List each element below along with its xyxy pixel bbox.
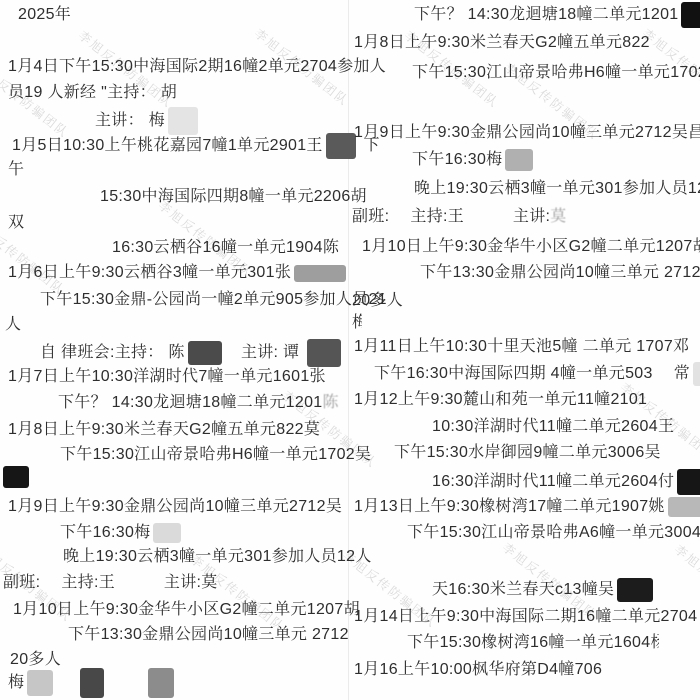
schedule-text: 15:30中海国际四期8幢一单元2206胡 — [100, 188, 367, 205]
redaction-box — [681, 2, 700, 28]
schedule-line: 双 — [8, 212, 24, 234]
schedule-text: 20多人 — [10, 651, 61, 668]
schedule-text: 1月5日10:30上午桃花嘉园7幢1单元2901王 — [12, 137, 323, 154]
redaction-box — [3, 466, 29, 488]
schedule-line: 下午16:30梅 — [412, 149, 536, 171]
schedule-line: 1月7日上午10:30洋湖时代7幢一单元1601张 — [8, 366, 326, 388]
redaction-box — [168, 107, 198, 135]
schedule-line: 1月16上午10:00枫华府第D4幢706 — [354, 659, 602, 681]
schedule-line: 2025年 — [18, 4, 71, 26]
schedule-line: 1月14日上午9:30中海国际二期16幢二单元2704 — [354, 606, 697, 628]
schedule-text-faint: 陈 — [322, 394, 338, 411]
schedule-text-clipped: 梅 — [352, 312, 362, 334]
redaction-box — [294, 265, 346, 282]
redaction-box — [505, 149, 533, 171]
schedule-text: 下午16:30梅 — [412, 151, 502, 168]
schedule-text: 梅 — [8, 674, 24, 691]
schedule-text: 1月8日上午9:30米兰春天G2幢五单元822 — [354, 34, 650, 51]
schedule-text: 16:30洋湖时代11幢二单元2604付 — [432, 473, 674, 490]
schedule-text: 下午16:30中海国际四期 4幢一单元503 常 — [374, 365, 690, 382]
schedule-column-left: 2025年1月4日下午15:30中海国际2期16幢2单元2704参加人员19 人… — [0, 0, 348, 700]
redaction-box — [693, 362, 700, 386]
schedule-line: 下午13:30金鼎公园尚10幢三单元 2712 — [420, 262, 700, 284]
schedule-line: 下午15:30水岸御园9幢二单元3006吴 — [394, 442, 661, 464]
redaction-box — [668, 497, 700, 517]
schedule-line: 天16:30米兰春天c13幢吴 — [432, 578, 656, 602]
schedule-text: 16:30云栖谷16幢一单元1904陈 — [112, 239, 339, 256]
schedule-line: 自 律班会:主持： 陈 主讲: 谭 — [40, 339, 344, 367]
schedule-text: 午 — [8, 161, 24, 178]
schedule-text: 1月16上午10:00枫华府第D4幢706 — [354, 661, 602, 678]
schedule-text: 下午15:30江山帝景哈弗H6幢一单元1702吴 — [412, 64, 700, 81]
schedule-text: 1月9日上午9:30金鼎公园尚10幢三单元2712吴 — [8, 498, 342, 515]
schedule-text: 1月7日上午10:30洋湖时代7幢一单元1601张 — [8, 368, 326, 385]
schedule-text: 1月6日上午9:30云栖谷3幢一单元301张 — [8, 264, 291, 281]
redaction-box — [617, 578, 653, 602]
schedule-line: 下午16:30中海国际四期 4幢一单元503 常 — [374, 362, 700, 386]
schedule-line: 1月4日下午15:30中海国际2期16幢2单元2704参加人 — [8, 56, 386, 78]
schedule-text — [56, 674, 77, 691]
schedule-line: 1月10日上午9:30金华牛小区G2幢二单元1207胡涛 — [362, 236, 700, 258]
schedule-line: 午 — [8, 159, 24, 181]
schedule-line: 1月9日上午9:30金鼎公园尚10幢三单元2712吴 — [8, 496, 342, 518]
schedule-text: 下午？ 14:30龙迴塘18幢二单元1201 — [414, 6, 678, 23]
document-photo: 李旭反传防骗团队李旭反传防骗团队李旭反传防骗团队李旭反传防骗团队李旭反传防骗团队… — [0, 0, 700, 700]
redaction-box — [307, 339, 341, 367]
schedule-line: 下午13:30金鼎公园尚10幢三单元 2712 — [68, 624, 349, 646]
schedule-line: 16:30洋湖时代11幢二单元2604付 — [432, 469, 700, 495]
redaction-box — [188, 341, 222, 365]
schedule-line: 15:30中海国际四期8幢一单元2206胡 — [100, 186, 367, 208]
schedule-line: 10:30洋湖时代11幢二单元2604王 — [432, 416, 674, 438]
schedule-text: 双 — [8, 214, 24, 231]
schedule-line: 1月13日上午9:30橡树湾17幢二单元1907姚 — [354, 496, 700, 518]
schedule-line: 下午15:30江山帝景哈弗A6幢一单元3004姚 — [407, 522, 700, 544]
schedule-line: 1月8日上午9:30米兰春天G2幢五单元822 — [354, 32, 650, 54]
schedule-text: 1月8日上午9:30米兰春天G2幢五单元822莫 — [8, 421, 320, 438]
schedule-text: 下午？ 14:30龙迴塘18幢二单元1201 — [58, 394, 322, 411]
schedule-text: 1月10日上午9:30金华牛小区G2幢二单元1207胡涛 — [362, 238, 700, 255]
schedule-line — [0, 466, 32, 488]
schedule-text: 1月10日上午9:30金华牛小区G2幢二单元1207胡 — [13, 601, 360, 618]
schedule-text: 1月13日上午9:30橡树湾17幢二单元1907姚 — [354, 498, 665, 515]
schedule-line: 员19 人新经 "主持： 胡 — [8, 82, 177, 104]
schedule-line: 1月5日10:30上午桃花嘉园7幢1单元2901王 下 — [12, 133, 380, 159]
schedule-text: 下午15:30江山帝景哈弗H6幢一单元1702吴 — [60, 446, 371, 463]
redaction-box — [27, 670, 53, 696]
schedule-text: 2025年 — [18, 6, 71, 23]
schedule-text: 主讲： 梅 — [95, 112, 165, 129]
schedule-line: 梅 — [352, 312, 362, 334]
schedule-text: 副班: 主持:王 主讲: — [352, 208, 550, 225]
schedule-line: 16:30云栖谷16幢一单元1904陈 — [112, 237, 339, 259]
schedule-text-faint: 莫 — [550, 208, 566, 225]
schedule-line: 下午15:30金鼎-公园尚一幢2单元905参加人员21 — [40, 289, 387, 311]
schedule-text: 晚上19:30云栖3幢一单元301参加人员12人 — [414, 180, 700, 197]
schedule-line: 副班: 主持:王 主讲:莫 — [352, 206, 567, 228]
schedule-text: 1月4日下午15:30中海国际2期16幢2单元2704参加人 — [8, 58, 386, 75]
schedule-text: 下午15:30水岸御园9幢二单元3006吴 — [394, 444, 661, 461]
schedule-text: 1月9日上午9:30金鼎公园尚10幢三单元2712吴昌云 — [354, 124, 700, 141]
schedule-line: 下午15:30江山帝景哈弗H6幢一单元1702吴 — [60, 444, 371, 466]
schedule-text: 副班: 主持:王 主讲:莫 — [3, 574, 218, 591]
schedule-text: 1月12上午9:30麓山和苑一单元11幢2101 — [354, 391, 647, 408]
schedule-text: 晚上19:30云栖3幢一单元301参加人员12人 — [63, 548, 372, 565]
schedule-line: 1月9日上午9:30金鼎公园尚10幢三单元2712吴昌云 — [354, 122, 700, 144]
schedule-text: 下午16:30梅 — [60, 524, 150, 541]
column-seam-divider — [348, 0, 349, 700]
schedule-text: 员19 人新经 "主持： 胡 — [8, 84, 177, 101]
schedule-line: 1月11日上午10:30十里天池5幢 二单元 1707邓 — [354, 336, 689, 358]
schedule-text: 10:30洋湖时代11幢二单元2604王 — [432, 418, 674, 435]
schedule-line: 下午16:30梅 — [60, 522, 184, 544]
schedule-line: 1月6日上午9:30云栖谷3幢一单元301张 — [8, 262, 349, 284]
schedule-line: 主讲： 梅 — [95, 107, 201, 135]
schedule-line: 晚上19:30云栖3幢一单元301参加人员12人 — [63, 546, 372, 568]
schedule-line: 1月12上午9:30麓山和苑一单元11幢2101 — [354, 389, 647, 411]
schedule-line: 下午15:30江山帝景哈弗H6幢一单元1702吴 — [412, 62, 700, 84]
schedule-text — [107, 674, 144, 691]
schedule-text: 主讲: 谭 — [225, 344, 304, 361]
schedule-line: 副班: 主持:王 主讲:莫 — [3, 572, 218, 594]
redaction-box — [677, 469, 700, 495]
schedule-text: 下午15:30江山帝景哈弗A6幢一单元3004 — [407, 524, 700, 541]
schedule-text: 人 — [5, 316, 21, 333]
schedule-text: 自 律班会:主持： 陈 — [40, 344, 185, 361]
schedule-column-right: 下午？ 14:30龙迴塘18幢二单元12011月8日上午9:30米兰春天G2幢五… — [352, 0, 700, 700]
schedule-text: 下午15:30橡树湾16幢一单元1604 — [407, 634, 650, 651]
schedule-text: 1月11日上午10:30十里天池5幢 二单元 1707邓 — [354, 338, 689, 355]
schedule-line: 20多人 — [352, 290, 403, 312]
redaction-box — [153, 523, 181, 543]
schedule-line: 人 — [5, 314, 21, 336]
schedule-line: 下午？ 14:30龙迴塘18幢二单元1201陈 — [58, 392, 339, 414]
schedule-line: 梅 — [8, 668, 177, 698]
schedule-line: 下午？ 14:30龙迴塘18幢二单元1201 — [414, 2, 700, 28]
schedule-text: 下午13:30金鼎公园尚10幢三单元 2712 — [68, 626, 349, 643]
schedule-text: 下午13:30金鼎公园尚10幢三单元 2712 — [420, 264, 700, 281]
schedule-line: 晚上19:30云栖3幢一单元301参加人员12人 — [414, 178, 700, 200]
schedule-text-clipped: 杨 — [650, 632, 659, 654]
schedule-line: 1月10日上午9:30金华牛小区G2幢二单元1207胡 — [13, 599, 360, 621]
schedule-text: 20多人 — [352, 292, 403, 309]
redaction-box — [148, 668, 174, 698]
redaction-box — [80, 668, 104, 698]
schedule-text: 下午15:30金鼎-公园尚一幢2单元905参加人员21 — [40, 291, 387, 308]
schedule-line: 下午15:30橡树湾16幢一单元1604杨 — [407, 632, 659, 654]
schedule-text: 1月14日上午9:30中海国际二期16幢二单元2704 — [354, 608, 697, 625]
schedule-text: 天16:30米兰春天c13幢吴 — [432, 581, 614, 598]
schedule-line: 1月8日上午9:30米兰春天G2幢五单元822莫 — [8, 419, 320, 441]
